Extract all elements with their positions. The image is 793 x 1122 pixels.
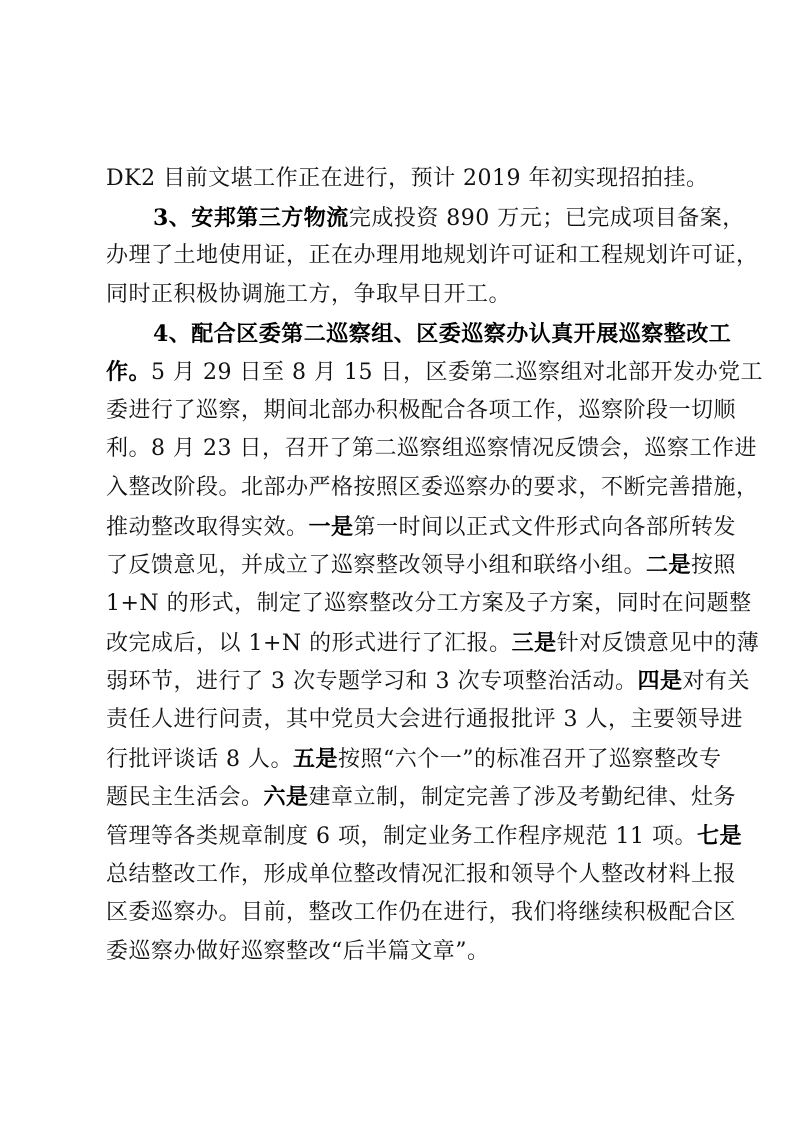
bold-text-segment: 4、配合区委第二巡察组、区委巡察办认真开展巡察整改工 xyxy=(153,321,731,347)
text-segment: 责任人进行问责，其中党员大会进行通报批评 3 人，主要领导进 xyxy=(106,707,743,732)
text-line: 入整改阶段。北部办严格按照区委巡察办的要求，不断完善措施， xyxy=(106,469,692,508)
text-line: 题民主生活会。六是建章立制，制定完善了涉及考勤纪律、灶务 xyxy=(106,778,692,817)
text-line: 管理等各类规章制度 6 项，制定业务工作程序规范 11 项。七是 xyxy=(106,817,692,856)
text-segment: DK2 目前文堪工作正在进行，预计 2019 年初实现招拍挂。 xyxy=(106,166,709,191)
text-line: 利。8 月 23 日，召开了第二巡察组巡察情况反馈会，巡察工作进 xyxy=(106,430,692,469)
text-segment: 按照 xyxy=(691,553,736,578)
bold-text-segment: 一是 xyxy=(309,514,354,540)
text-line: DK2 目前文堪工作正在进行，预计 2019 年初实现招拍挂。 xyxy=(106,160,692,199)
bold-text-segment: 作。 xyxy=(106,359,151,385)
text-line: 3、安邦第三方物流完成投资 890 万元；已完成项目备案， xyxy=(106,199,692,238)
text-segment: 改完成后，以 1+N 的形式进行了汇报。 xyxy=(106,631,512,656)
text-line: 区委巡察办。目前，整改工作仍在进行，我们将继续积极配合区 xyxy=(106,894,692,933)
text-segment: 完成投资 890 万元；已完成项目备案， xyxy=(349,206,745,231)
text-segment: 同时正积极协调施工方，争取早日开工。 xyxy=(106,282,511,307)
text-line: 行批评谈话 8 人。五是按照“六个一”的标准召开了巡察整改专 xyxy=(106,740,692,779)
bold-text-segment: 三是 xyxy=(512,630,557,656)
text-line: 作。5 月 29 日至 8 月 15 日，区委第二巡察组对北部开发办党工 xyxy=(106,353,692,392)
text-segment: 利。8 月 23 日，召开了第二巡察组巡察情况反馈会，巡察工作进 xyxy=(106,436,757,461)
text-segment: 委巡察办做好巡察整改“后半篇文章”。 xyxy=(106,939,490,964)
text-line: 委进行了巡察，期间北部办积极配合各项工作，巡察阶段一切顺 xyxy=(106,392,692,431)
text-segment: 入整改阶段。北部办严格按照区委巡察办的要求，不断完善措施， xyxy=(106,475,759,500)
text-line: 办理了土地使用证，正在办理用地规划许可证和工程规划许可证， xyxy=(106,237,692,276)
text-line: 1+N 的形式，制定了巡察整改分工方案及子方案，同时在问题整 xyxy=(106,585,692,624)
text-segment: 第一时间以正式文件形式向各部所转发 xyxy=(354,515,737,540)
text-line: 同时正积极协调施工方，争取早日开工。 xyxy=(106,276,692,315)
text-line: 委巡察办做好巡察整改“后半篇文章”。 xyxy=(106,933,692,972)
text-segment: 针对反馈意见中的薄 xyxy=(557,631,760,656)
text-segment: 对有关 xyxy=(682,669,750,694)
bold-text-segment: 七是 xyxy=(697,823,742,849)
text-segment: 总结整改工作，形成单位整改情况汇报和领导个人整改材料上报 xyxy=(106,862,736,887)
text-line: 弱环节，进行了 3 次专题学习和 3 次专项整治活动。四是对有关 xyxy=(106,662,692,701)
text-line: 4、配合区委第二巡察组、区委巡察办认真开展巡察整改工 xyxy=(106,315,692,354)
text-segment: 行批评谈话 8 人。 xyxy=(106,747,293,772)
text-segment: 委进行了巡察，期间北部办积极配合各项工作，巡察阶段一切顺 xyxy=(106,398,736,423)
bold-text-segment: 二是 xyxy=(646,552,691,578)
text-segment: 1+N 的形式，制定了巡察整改分工方案及子方案，同时在问题整 xyxy=(106,591,752,616)
text-segment: 弱环节，进行了 3 次专题学习和 3 次专项整治活动。 xyxy=(106,669,637,694)
text-segment: 推动整改取得实效。 xyxy=(106,515,309,540)
text-line: 责任人进行问责，其中党员大会进行通报批评 3 人，主要领导进 xyxy=(106,701,692,740)
bold-text-segment: 3、安邦第三方物流 xyxy=(153,205,349,231)
text-segment: 了反馈意见，并成立了巡察整改领导小组和联络小组。 xyxy=(106,553,646,578)
text-segment: 区委巡察办。目前，整改工作仍在进行，我们将继续积极配合区 xyxy=(106,900,736,925)
bold-text-segment: 六是 xyxy=(264,784,309,810)
bold-text-segment: 五是 xyxy=(293,746,338,772)
text-segment: 建章立制，制定完善了涉及考勤纪律、灶务 xyxy=(309,785,737,810)
bold-text-segment: 四是 xyxy=(637,668,682,694)
text-segment: 5 月 29 日至 8 月 15 日，区委第二巡察组对北部开发办党工 xyxy=(151,360,763,385)
document-page: DK2 目前文堪工作正在进行，预计 2019 年初实现招拍挂。3、安邦第三方物流… xyxy=(106,160,692,971)
text-segment: 管理等各类规章制度 6 项，制定业务工作程序规范 11 项。 xyxy=(106,824,697,849)
text-segment: 办理了土地使用证，正在办理用地规划许可证和工程规划许可证， xyxy=(106,243,759,268)
text-line: 推动整改取得实效。一是第一时间以正式文件形式向各部所转发 xyxy=(106,508,692,547)
text-line: 了反馈意见，并成立了巡察整改领导小组和联络小组。二是按照 xyxy=(106,546,692,585)
text-line: 总结整改工作，形成单位整改情况汇报和领导个人整改材料上报 xyxy=(106,856,692,895)
text-segment: 按照“六个一”的标准召开了巡察整改专 xyxy=(338,747,722,772)
text-segment: 题民主生活会。 xyxy=(106,785,264,810)
text-line: 改完成后，以 1+N 的形式进行了汇报。三是针对反馈意见中的薄 xyxy=(106,624,692,663)
